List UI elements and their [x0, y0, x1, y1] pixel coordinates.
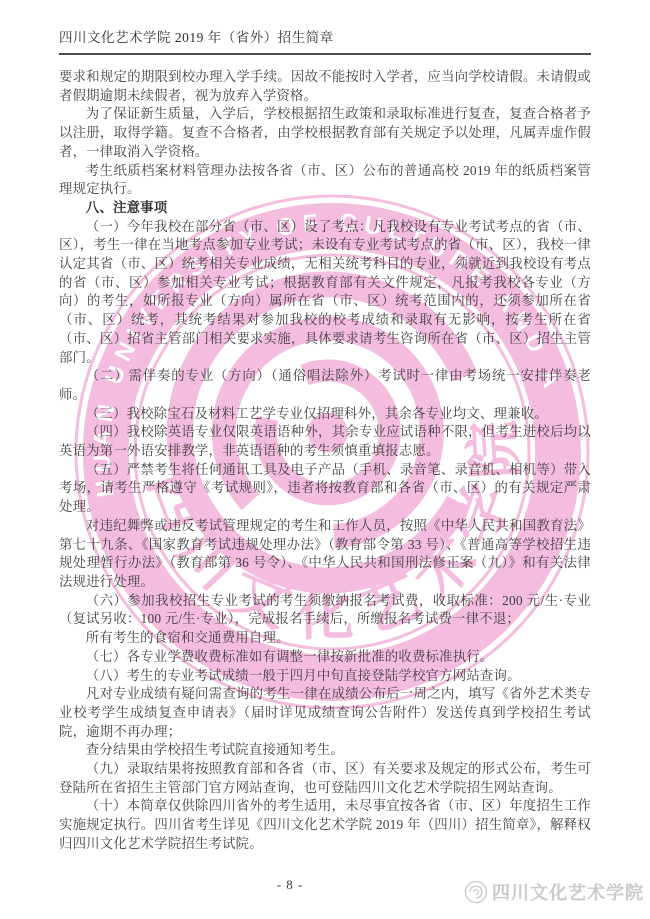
paragraph: 八、注意事项: [59, 199, 591, 218]
paragraph: （五）严禁考生将任何通讯工具及电子产品（手机、录音笔、录音机、相机等）带入考场，…: [59, 461, 591, 517]
paragraph: （三）我校除宝石及材料工艺学专业仅招理科外，其余各专业均文、理兼收。: [59, 405, 591, 424]
paragraph: 查分结果由学校招生考试院直接通知考生。: [59, 741, 591, 760]
paragraph: 所有考生的食宿和交通费用自理。: [59, 629, 591, 648]
corner-watermark: 四川文化艺术学院: [464, 879, 644, 905]
paragraph: （十）本简章仅供除四川省外的考生适用，未尽事宜按各省（市、区）年度招生工作实施规…: [59, 797, 591, 853]
page-header-title: 四川文化艺术学院 2019 年（省外）招生简章: [59, 26, 591, 55]
paragraph: （八）考生的专业考试成绩一般于四月中旬直接登陆学校官方网站查询。: [59, 667, 591, 686]
document-page: SICHUAN UNIVERSITY OF CULTURE AND ARTS 四…: [0, 0, 650, 919]
paragraph: （二）需伴奏的专业（方向）（通俗唱法除外）考试时一律由考场统一安排伴奏老师。: [59, 367, 591, 404]
paragraph-container: 要求和规定的期限到校办理入学手续。因故不能按时入学者，应当向学校请假。未请假或者…: [59, 68, 591, 854]
paragraph: （一）今年我校在部分省（市、区）设了考点：凡我校设有专业考试考点的省（市、区），…: [59, 218, 591, 368]
paragraph: 对违纪舞弊或违反考试管理规定的考生和工作人员，按照《中华人民共和国教育法》第七十…: [59, 517, 591, 592]
paragraph: 要求和规定的期限到校办理入学手续。因故不能按时入学者，应当向学校请假。未请假或者…: [59, 68, 591, 105]
paragraph: （四）我校除英语专业仅限英语语种外，其余专业应试语种不限，但考生进校后均以英语为…: [59, 423, 591, 460]
paragraph: 凡对专业成绩有疑问需查询的考生一律在成绩公布后一周之内，填写《省外艺术类专业校考…: [59, 685, 591, 741]
paragraph: （六）参加我校招生专业考试的考生须缴纳报名考试费，收取标准：200 元/生·专业…: [59, 592, 591, 629]
paragraph: （九）录取结果将按照教育部和各省（市、区）有关要求及规定的形式公布，考生可登陆所…: [59, 760, 591, 797]
school-logo-icon: [464, 880, 488, 904]
paragraph: 为了保证新生质量，入学后，学校根据招生政策和录取标准进行复查，复查合格者予以注册…: [59, 105, 591, 161]
document-content: 四川文化艺术学院 2019 年（省外）招生简章 要求和规定的期限到校办理入学手续…: [0, 0, 650, 854]
paragraph: （七）各专业学费收费标准如有调整一律按新批准的收费标准执行。: [59, 648, 591, 667]
corner-watermark-text: 四川文化艺术学院: [492, 879, 644, 905]
paragraph: 考生纸质档案材料管理办法按各省（市、区）公布的普通高校 2019 年的纸质档案管…: [59, 162, 591, 199]
